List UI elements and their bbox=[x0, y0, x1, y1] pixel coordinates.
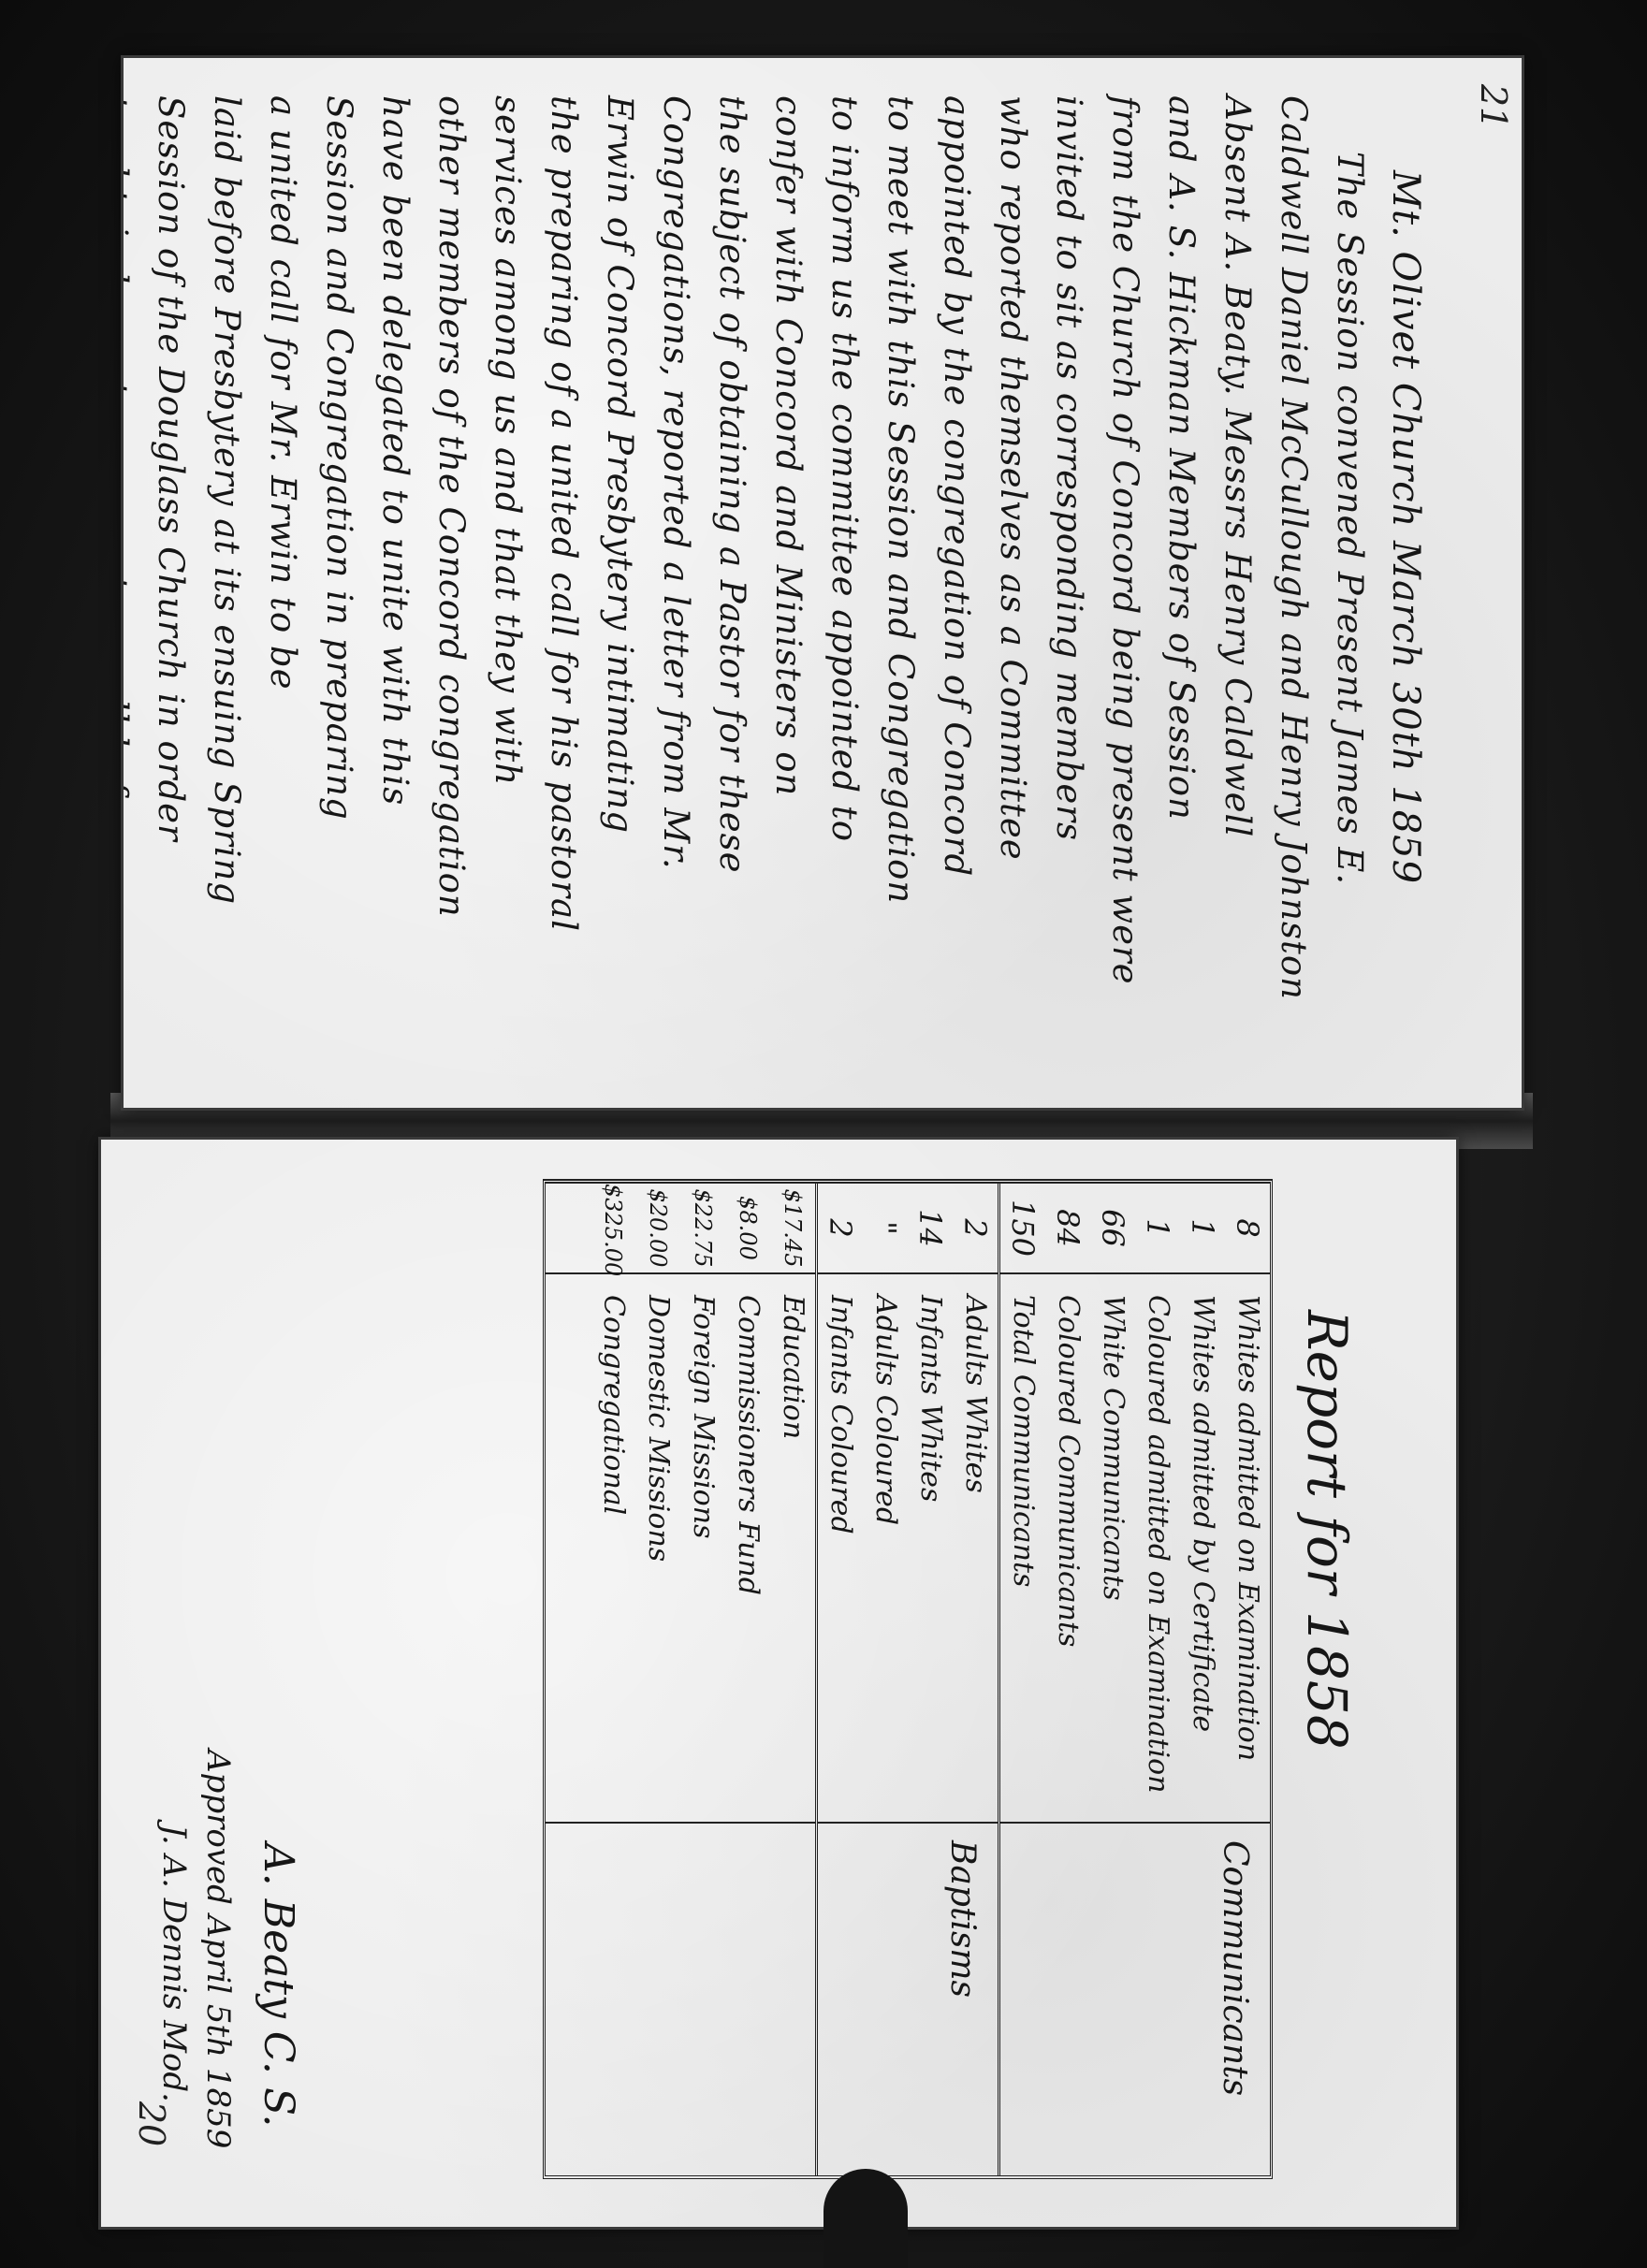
book-clasp bbox=[823, 2169, 908, 2268]
table-row: $17.45 Education bbox=[770, 1184, 815, 1822]
page-21: 21 Mt. Olivet Church March 30th 1859 The… bbox=[124, 58, 1522, 1108]
minutes-line: confer with Concord and Ministers on bbox=[760, 95, 816, 1069]
minutes-line: Erwin of Concord Presbytery intimating bbox=[591, 95, 648, 1069]
minutes-line: a united call for Mr. Erwin to be bbox=[255, 95, 311, 1069]
minutes-line: services among us and that they with bbox=[479, 95, 535, 1069]
row-value: 84 bbox=[1045, 1184, 1090, 1274]
section-contributions: $17.45 Education $8.00 Commissioners Fun… bbox=[546, 1184, 815, 2175]
row-value: $17.45 bbox=[770, 1184, 815, 1274]
row-value-blank bbox=[546, 1184, 590, 1274]
row-value: $22.75 bbox=[680, 1184, 725, 1274]
row-value: $8.00 bbox=[725, 1184, 770, 1274]
table-row: 8 Whites admitted on Examination bbox=[1225, 1184, 1270, 1822]
table-row: 2 Adults Whites bbox=[953, 1184, 998, 1822]
row-value: 1 bbox=[1135, 1184, 1180, 1274]
row-value: $20.00 bbox=[635, 1184, 680, 1274]
report-table: 8 Whites admitted on Examination 1 White… bbox=[543, 1179, 1273, 2179]
table-row: 150 Total Communicants bbox=[1000, 1184, 1045, 1822]
row-label: Domestic Missions bbox=[635, 1274, 680, 1562]
row-value: 2 bbox=[953, 1184, 998, 1274]
minutes-heading: Mt. Olivet Church March 30th 1859 bbox=[1377, 95, 1434, 1069]
row-value: $325.00 bbox=[590, 1184, 635, 1274]
row-label: Total Communicants bbox=[1000, 1274, 1045, 1587]
table-row: $22.75 Foreign Missions bbox=[680, 1184, 725, 1822]
row-label: Adults Coloured bbox=[863, 1274, 908, 1525]
clerk-signature: A. Beaty C. S. bbox=[255, 1843, 302, 2128]
minutes-line: to inform us the committee appointed to bbox=[816, 95, 872, 1069]
table-row: $8.00 Commissioners Fund bbox=[725, 1184, 770, 1822]
row-label: Foreign Missions bbox=[680, 1274, 725, 1538]
table-row: 14 Infants Whites bbox=[908, 1184, 953, 1822]
row-label: White Communicants bbox=[1090, 1274, 1135, 1601]
row-label: Infants Whites bbox=[908, 1274, 953, 1502]
row-label: Whites admitted on Examination bbox=[1225, 1274, 1270, 1761]
row-label: Coloured admitted on Examination bbox=[1135, 1274, 1180, 1793]
table-row: 84 Coloured Communicants bbox=[1045, 1184, 1090, 1822]
table-row-blank bbox=[546, 1184, 590, 1822]
minutes-line: invited to sit as corresponding members bbox=[1041, 95, 1097, 1069]
table-row: 1 Coloured admitted on Examination bbox=[1135, 1184, 1180, 1822]
row-label: Congregational bbox=[590, 1274, 635, 1515]
minutes-line: The Session convened Present James E. bbox=[1321, 95, 1377, 1069]
minutes-line: the preparing of a united call for his p… bbox=[535, 95, 591, 1069]
annual-report: Report for 1858 8 Whites admitted on Exa… bbox=[148, 1170, 1364, 2199]
minutes-line: who reported themselves as a Committee bbox=[984, 95, 1041, 1069]
row-value: 1 bbox=[1180, 1184, 1225, 1274]
report-title: Report for 1858 bbox=[1290, 1310, 1364, 2199]
row-value: 66 bbox=[1090, 1184, 1135, 1274]
table-row: " Adults Coloured bbox=[863, 1184, 908, 1822]
minutes-line: laid before Presbytery at its ensuing Sp… bbox=[198, 95, 255, 1069]
minutes-line: Absent A. Beaty. Messrs Henry Caldwell bbox=[1209, 95, 1265, 1069]
row-label: Adults Whites bbox=[953, 1274, 998, 1493]
minutes-line: appointed by the congregation of Concord bbox=[928, 95, 984, 1069]
row-label: Coloured Communicants bbox=[1045, 1274, 1090, 1647]
section-baptisms: 2 Adults Whites 14 Infants Whites " Adul… bbox=[815, 1184, 998, 2175]
row-value: " bbox=[863, 1184, 908, 1274]
table-row: $20.00 Domestic Missions bbox=[635, 1184, 680, 1822]
section-heading: Baptisms bbox=[818, 1824, 998, 2175]
row-label: Infants Coloured bbox=[818, 1274, 863, 1534]
table-row: 2 Infants Coloured bbox=[818, 1184, 863, 1822]
table-row: 66 White Communicants bbox=[1090, 1184, 1135, 1822]
minutes-line: to meet with this Session and Congregati… bbox=[872, 95, 928, 1069]
approval-line: Approved April 5th 1859 bbox=[199, 1750, 237, 2148]
minutes-line: Caldwell Daniel McCullough and Henry Joh… bbox=[1265, 95, 1321, 1069]
minutes-line: and A. S. Hickman Members of Session bbox=[1153, 95, 1209, 1069]
minutes-line: Session and Congregation in preparing bbox=[311, 95, 367, 1069]
minutes-line: other members of the Concord congregatio… bbox=[423, 95, 479, 1069]
section-heading bbox=[546, 1824, 815, 2175]
section-communicants: 8 Whites admitted on Examination 1 White… bbox=[998, 1184, 1270, 2175]
minutes-line: Session of the Douglass Church in order bbox=[142, 95, 198, 1069]
table-row: 1 Whites admitted by Certificate bbox=[1180, 1184, 1225, 1822]
minutes-line: the subject of obtaining a Pastor for th… bbox=[704, 95, 760, 1069]
moderator-signature: J. A. Dennis Mod. bbox=[155, 1825, 193, 2102]
row-value: 14 bbox=[908, 1184, 953, 1274]
minutes-line: have been delegated to unite with this bbox=[367, 95, 423, 1069]
page-number: 21 bbox=[1473, 84, 1514, 129]
row-value: 2 bbox=[818, 1184, 863, 1274]
row-value: 150 bbox=[1000, 1184, 1045, 1274]
minutes-line: Congregations, reported a letter from Mr… bbox=[648, 95, 704, 1069]
section-heading: Communicants bbox=[1000, 1824, 1270, 2175]
minutes-line: from the Church of Concord being present… bbox=[1097, 95, 1153, 1069]
row-label-blank bbox=[546, 1274, 590, 1295]
row-label: Education bbox=[770, 1274, 815, 1439]
row-value: 8 bbox=[1225, 1184, 1270, 1274]
session-minutes: Mt. Olivet Church March 30th 1859 The Se… bbox=[198, 95, 1434, 1069]
table-row: $325.00 Congregational bbox=[590, 1184, 635, 1822]
row-label: Whites admitted by Certificate bbox=[1180, 1274, 1225, 1732]
minutes-line: to obtain leave to prosecute a call befo… bbox=[124, 95, 142, 1069]
row-label: Commissioners Fund bbox=[725, 1274, 770, 1595]
page-20: 20 Report for 1858 8 Whites admitted on … bbox=[101, 1140, 1456, 2227]
